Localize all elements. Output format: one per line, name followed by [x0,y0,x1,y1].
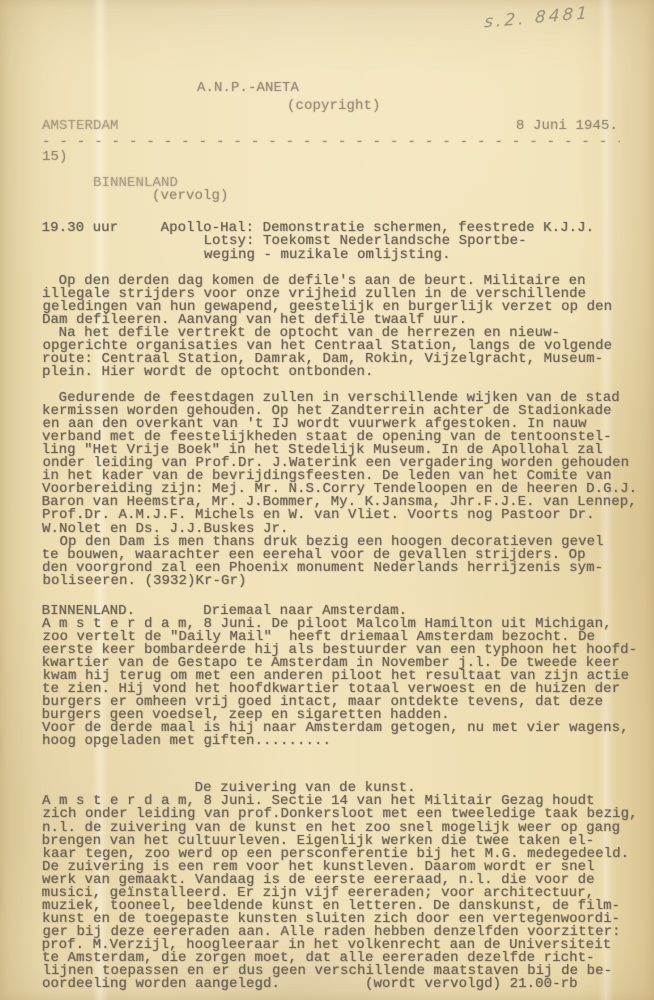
text-line: Op den derden dag komen de defile's aan … [42,275,620,288]
section-line: BINNENLAND (vervolg) [42,164,620,216]
text-line: zich onder leiding van prof.Donkersloot … [43,808,621,821]
text-line: Gedurende de feestdagen zullen in versch… [42,392,620,405]
masthead-city-date-line: AMSTERDAM 8 Juni 1945. [42,120,618,133]
text-line: lijnen toepassen en er dus geen verschil… [43,965,621,978]
article-zuivering-van-de-kunst: De zuivering van de kunst.A m s t e r d … [42,782,620,991]
text-line: BINNENLAND. Driemaal naar Amsterdam. [42,605,620,618]
text-line: prof. M.Verzijl, hoogleeraar in het volk… [42,939,620,952]
text-line [42,761,620,774]
programme-entry: 19.30 uur Apollo-Hal: Demonstratie scher… [42,222,620,274]
divider-dashes: - - - - - - - - - - - - - - - - - - - - … [42,136,620,149]
festivities-paragraphs: Gedurende de feestdagen zullen in versch… [42,392,620,601]
text-line: en aan den overkant van 't IJ wordt vuur… [43,418,621,431]
text-line: musici, geïnstalleerd. Er zijn vijf eere… [42,887,620,900]
text-line [42,588,620,601]
masthead-agency: A.N.P.-ANETA [197,82,620,95]
city-label: AMSTERDAM [42,120,119,133]
section-note: (vervolg) [152,188,229,204]
text-line: kwam hij terug om met een anderen piloot… [43,670,621,683]
defile-paragraphs: Op den derden dag komen de defile's aan … [42,275,620,392]
document-body: 19.30 uur Apollo-Hal: Demonstratie scher… [42,222,620,991]
text-line: 19.30 uur Apollo-Hal: Demonstratie scher… [42,222,620,235]
text-line: opgerichte organisaties van het Centraal… [43,340,621,353]
date-label: 8 Juni 1945. [516,120,618,133]
text-line: plein. Hier wordt de optocht ontbonden. [42,366,620,379]
text-line: geledingen van hun gewapend, geestelijk … [43,301,621,314]
text-line: kaar tegen, zoo werd op een persconferen… [43,848,621,861]
page-number: 15) [42,151,620,164]
text-line: Baron van Heemstra, Mr. J.Bommer, My. K.… [42,496,620,509]
typewritten-content: A.N.P.-ANETA (copyright) AMSTERDAM 8 Jun… [42,0,620,991]
text-line: zoo vertelt de "Daily Mail" heeft driema… [43,631,621,644]
scanned-document-page: s.2. 8481 A.N.P.-ANETA (copyright) AMSTE… [0,0,654,1000]
text-line [43,748,621,761]
text-line: hoog opgeladen met giften......... [42,735,620,748]
text-line: weging - muzikale omlijsting. [43,249,621,262]
text-line: burgers geen voedsel, zeep en sigaretten… [42,709,620,722]
text-line: te bouwen, waarachter een eerehal voor d… [42,549,620,562]
masthead-copyright: (copyright) [287,100,620,113]
text-line: De zuivering van de kunst. [42,782,620,795]
article-driemaal-naar-amsterdam: BINNENLAND. Driemaal naar Amsterdam.A m … [42,605,620,775]
text-line: onder leiding van Prof.Dr. J.Waterink ee… [43,457,621,470]
text-line: oordeeling worden aangelegd. (wordt verv… [42,978,620,991]
text-line: boliseeren. (3932)Kr-Gr) [43,575,621,588]
